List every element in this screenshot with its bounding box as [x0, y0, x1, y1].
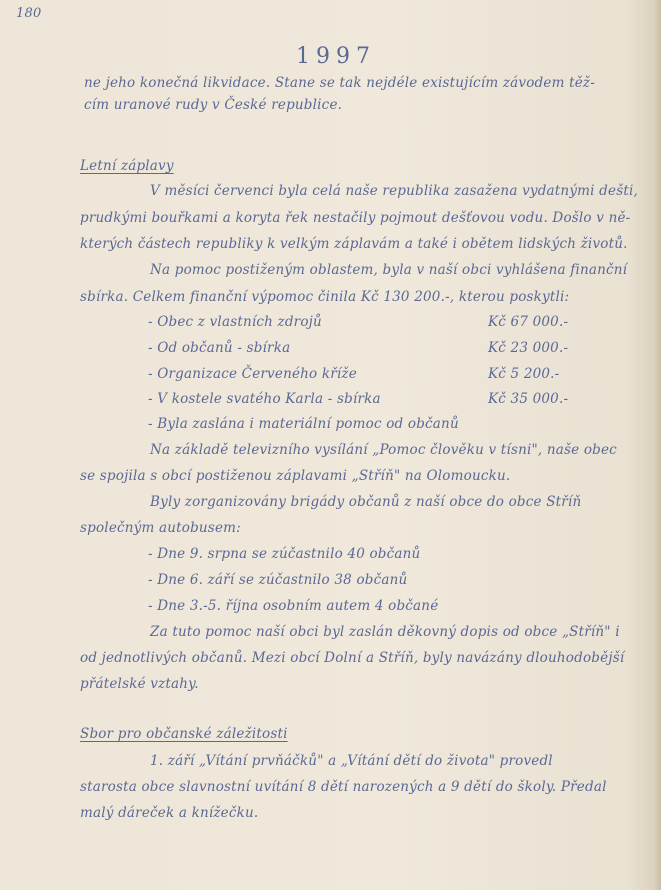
contribution-amount: Kč 35 000.- [488, 391, 568, 407]
contribution-amount: Kč 23 000.- [488, 340, 568, 356]
year-heading: 1997 [296, 44, 376, 69]
paragraph-line: Byly zorganizovány brigády občanů z naší… [150, 494, 581, 510]
paragraph-line: V měsíci červenci byla celá naše republi… [150, 183, 638, 199]
brigade-item: - Dne 6. září se zúčastnilo 38 občanů [148, 572, 407, 588]
paragraph-line: starosta obce slavnostní uvítání 8 dětí … [80, 779, 607, 795]
contribution-amount: Kč 5 200.- [488, 366, 559, 382]
brigade-item: - Dne 3.-5. října osobním autem 4 občané [148, 598, 438, 614]
paragraph-line: prudkými bouřkami a koryta řek nestačily… [80, 210, 630, 226]
section-heading-civic-affairs: Sbor pro občanské záležitosti [80, 726, 288, 742]
paragraph-line: se spojila s obcí postiženou záplavami „… [80, 468, 510, 484]
page-number: 180 [16, 6, 41, 21]
contribution-label: - Organizace Červeného kříže [148, 366, 357, 382]
contribution-label: - Byla zaslána i materiální pomoc od obč… [148, 416, 459, 432]
intro-line: cím uranové rudy v České republice. [84, 97, 342, 113]
contribution-label: - V kostele svatého Karla - sbírka [148, 391, 381, 407]
intro-line: ne jeho konečná likvidace. Stane se tak … [84, 75, 595, 91]
handwritten-chronicle-page: 180 1997 ne jeho konečná likvidace. Stan… [0, 0, 661, 890]
contribution-label: - Od občanů - sbírka [148, 340, 290, 356]
contribution-label: - Obec z vlastních zdrojů [148, 314, 322, 330]
paragraph-line: 1. září „Vítání prvňáčků" a „Vítání dětí… [150, 753, 553, 769]
paragraph-line: sbírka. Celkem finanční výpomoc činila K… [80, 289, 569, 305]
brigade-item: - Dne 9. srpna se zúčastnilo 40 občanů [148, 546, 420, 562]
paragraph-line: od jednotlivých občanů. Mezi obcí Dolní … [80, 650, 624, 666]
paragraph-line: malý dáreček a knížečku. [80, 805, 258, 821]
contribution-amount: Kč 67 000.- [488, 314, 568, 330]
section-heading-summer-floods: Letní záplavy [80, 158, 174, 174]
paragraph-line: Za tuto pomoc naší obci byl zaslán děkov… [150, 624, 620, 640]
paragraph-line: Na základě televizního vysílání „Pomoc č… [150, 442, 617, 458]
paragraph-line: společným autobusem: [80, 520, 241, 536]
paragraph-line: Na pomoc postiženým oblastem, byla v naš… [150, 262, 627, 278]
paragraph-line: přátelské vztahy. [80, 676, 199, 692]
paragraph-line: kterých částech republiky k velkým zápla… [80, 236, 628, 252]
page-edge [655, 0, 661, 890]
